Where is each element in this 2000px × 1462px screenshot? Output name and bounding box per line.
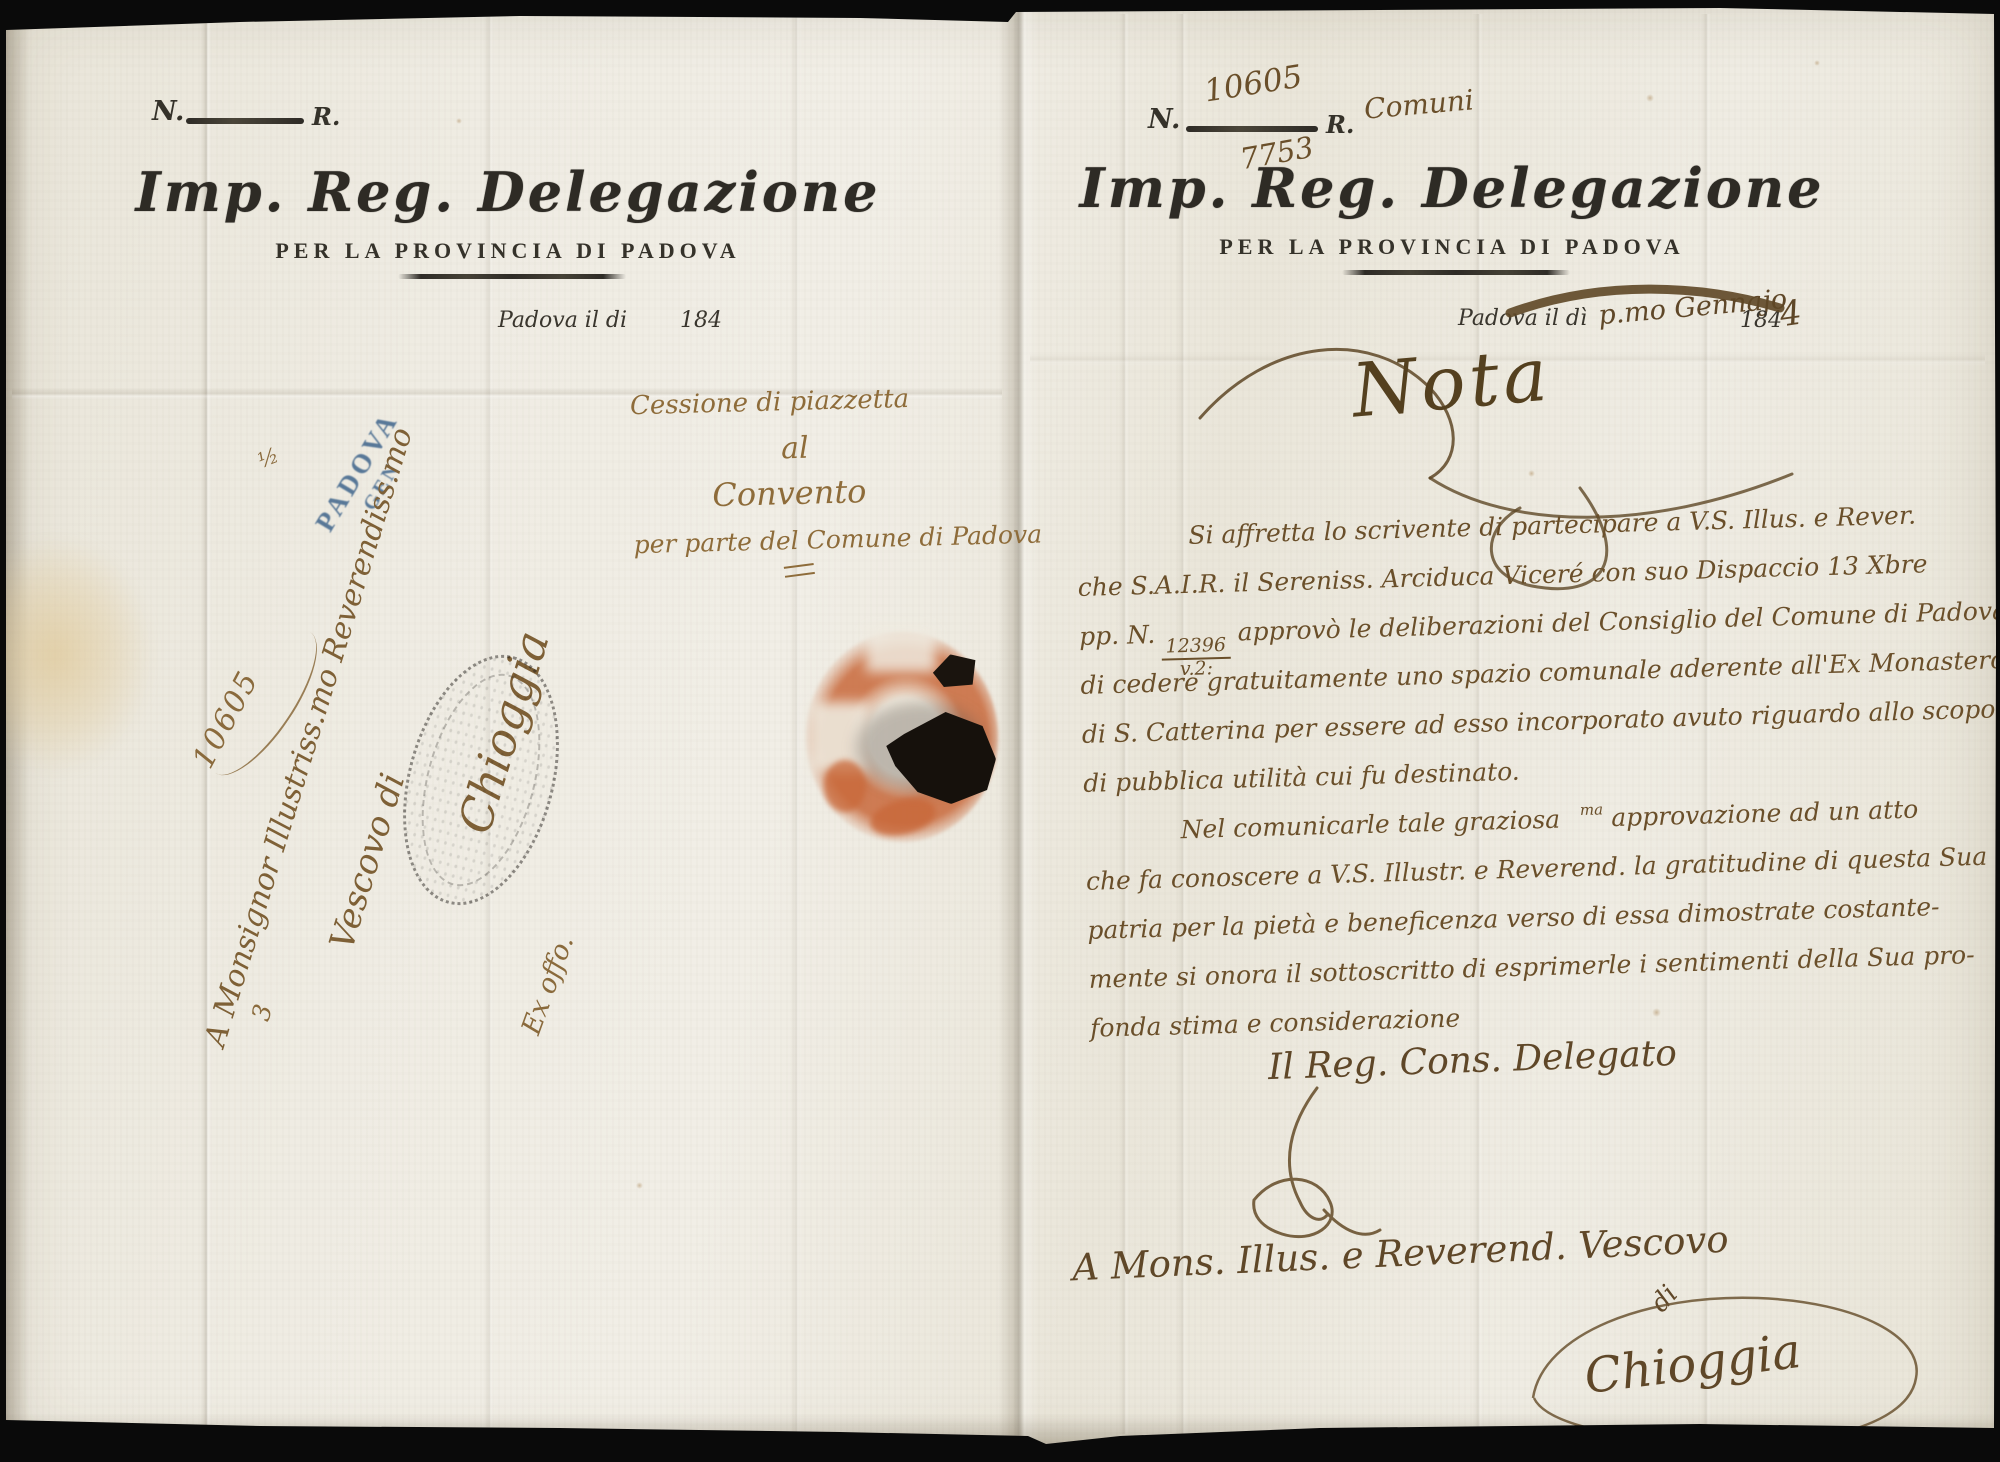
left-ref-dash bbox=[186, 118, 304, 124]
signature-paraph bbox=[1222, 1082, 1392, 1252]
docket-line: Cessione di piazzetta bbox=[630, 381, 1031, 421]
interlinear-insertion: ma bbox=[1580, 800, 1604, 819]
left-ref-n-label: N. bbox=[152, 96, 184, 127]
addressee-city-block: Chioggia bbox=[1498, 1278, 1938, 1462]
wax-seal-showthrough bbox=[0, 535, 155, 775]
wax-seal-gap bbox=[866, 628, 936, 672]
fold-crease bbox=[790, 14, 802, 1434]
year-digit-handwritten: 4 bbox=[1777, 293, 1804, 336]
right-dateline-place: Padova il dì bbox=[1458, 306, 1587, 331]
foxing-spot bbox=[1528, 470, 1535, 477]
docket-line: Convento bbox=[712, 468, 1033, 514]
addressee-city: Chioggia bbox=[1581, 1323, 1804, 1405]
half-mark: ½ bbox=[254, 443, 282, 473]
paper-sheet: N. R. Imp. Reg. Delegazione PER LA PROVI… bbox=[0, 0, 2000, 1462]
foxing-spot bbox=[456, 118, 462, 124]
wax-seal bbox=[806, 632, 998, 842]
docket-note: Cessione di piazzetta al Convento per pa… bbox=[630, 381, 1035, 580]
right-ref-n-label: N. bbox=[1148, 104, 1180, 135]
right-letterhead-subtitle: PER LA PROVINCIA DI PADOVA bbox=[1219, 234, 1684, 260]
right-ref-number-top: 10605 bbox=[1202, 59, 1305, 110]
nota-title: Nota bbox=[1349, 331, 1555, 434]
foxing-spot bbox=[636, 1182, 643, 1189]
right-letterhead-title: Imp. Reg. Delegazione bbox=[1080, 156, 1825, 220]
body-line-ref-prefix: pp. N. bbox=[1079, 620, 1156, 651]
foxing-spot bbox=[1814, 60, 1820, 66]
foxing-spot bbox=[1646, 94, 1654, 102]
center-fold bbox=[998, 8, 1038, 1438]
right-ref-r-value: Comuni bbox=[1363, 83, 1475, 125]
scanned-letter: N. R. Imp. Reg. Delegazione PER LA PROVI… bbox=[0, 0, 2000, 1462]
right-ref-r-label: R. bbox=[1326, 110, 1354, 139]
ex-officio-note: Ex offo. bbox=[516, 931, 580, 1039]
left-letterhead-title: Imp. Reg. Delegazione bbox=[136, 160, 881, 224]
docket-line: per parte del Comune di Padova bbox=[633, 520, 1034, 559]
right-dateline-year: 184 bbox=[1740, 308, 1782, 333]
left-ref-r-label: R. bbox=[312, 102, 340, 131]
docket-line: al bbox=[781, 425, 1032, 467]
right-letterhead-rule bbox=[1342, 270, 1570, 275]
left-letterhead-subtitle: PER LA PROVINCIA DI PADOVA bbox=[275, 238, 740, 264]
left-dateline-year: 184 bbox=[680, 308, 722, 333]
docket-underline bbox=[784, 563, 815, 578]
letter-body: Si affretta lo scrivente di partecipare … bbox=[1076, 499, 2000, 1063]
wax-fleck bbox=[824, 760, 866, 812]
